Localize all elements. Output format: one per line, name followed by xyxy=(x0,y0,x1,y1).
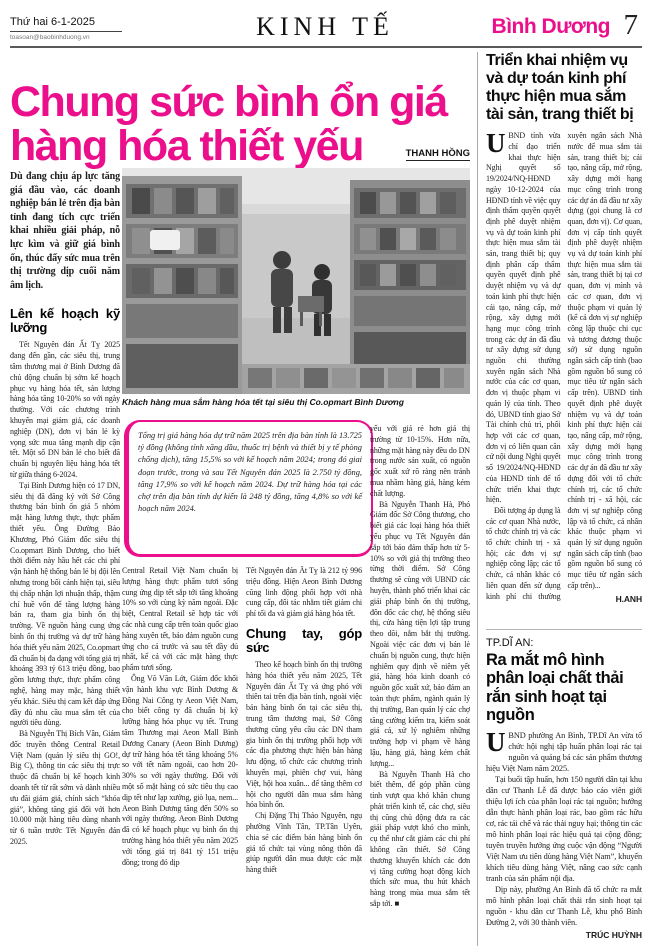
article-column-1: Dù đang chịu áp lực tăng giá đầu vào, cá… xyxy=(10,170,120,948)
body-paragraph: yếu với giá rẻ hơn giá thị trường từ 10-… xyxy=(370,424,470,500)
body-paragraph: Theo kế hoạch bình ổn thị trường hàng hó… xyxy=(246,660,362,811)
author-name: THANH HỒNG xyxy=(406,148,470,161)
article-column-4: yếu với giá rẻ hơn giá thị trường từ 10-… xyxy=(370,424,470,946)
sidebar-author: H.ANH xyxy=(568,594,643,605)
photo-caption: Khách hàng mua sắm hàng hóa tết tại siêu… xyxy=(122,397,470,407)
article-column-3: Tết Nguyên đán Ất Tỵ là 212 tỷ 996 triệu… xyxy=(246,566,362,946)
column-divider xyxy=(477,52,478,946)
sidebar-headline: Triển khai nhiệm vụ và dự toán kinh phí … xyxy=(486,52,642,124)
dian-author: TRÚC HUỲNH xyxy=(486,930,642,940)
page-number: 7 xyxy=(624,9,639,42)
body-paragraph: Tại Bình Dương hiện có 17 DN, siêu thị đ… xyxy=(10,481,120,729)
highlight-text: Tổng trị giá hàng hóa dự trữ năm 2025 tr… xyxy=(138,430,362,515)
body-paragraph: Tại buổi tập huấn, hơn 150 người dân tại… xyxy=(486,774,642,884)
body-paragraph: Chị Đặng Thị Thảo Nguyên, ngụ phường Vĩn… xyxy=(246,811,362,876)
body-paragraph: Tết Nguyên đán Ất Tỵ 2025 đang đến gần, … xyxy=(10,340,120,480)
sidebar-article-procurement: Triển khai nhiệm vụ và dự toán kinh phí … xyxy=(486,52,642,621)
lead-paragraph: Dù đang chịu áp lực tăng giá đầu vào, cá… xyxy=(10,170,120,292)
body-paragraph: UBND phường An Bình, TP.Dĩ An vừa tổ chứ… xyxy=(486,730,642,774)
main-byline: THANH HỒNG xyxy=(10,148,470,159)
article-column-2: Central Retail Việt Nam chuẩn bị lượng h… xyxy=(122,566,238,946)
body-paragraph: Central Retail Việt Nam chuẩn bị lượng h… xyxy=(122,566,238,674)
newspaper-page: Thứ hai 6-1-2025 toasoan@baobinhduong.vn… xyxy=(0,0,650,952)
body-paragraph: Tết Nguyên đán Ất Tỵ là 212 tỷ 996 triệu… xyxy=(246,566,362,620)
supermarket-photo xyxy=(122,168,470,394)
header-divider xyxy=(10,46,642,48)
sidebar-article-dian: TP.DĨ AN: Ra mắt mô hình phân loại chất … xyxy=(486,637,642,940)
body-paragraph: Bà Nguyễn Thanh Hà cho biết thêm, để góp… xyxy=(370,770,470,910)
body-paragraph: Bà Nguyễn Thanh Hà, Phó Giám đốc Sở Công… xyxy=(370,500,470,770)
body-paragraph: Bà Nguyễn Thị Bích Vân, Giám đốc truyền … xyxy=(10,729,120,848)
subsection-heading-1: Lên kế hoạch kỹ lưỡng xyxy=(10,307,120,335)
article-kicker: TP.DĨ AN: xyxy=(486,637,642,649)
body-paragraph: Dịp này, phường An Bình đã tổ chức ra mắ… xyxy=(486,884,642,928)
body-paragraph: Ông Võ Văn Lớt, Giám đốc khối vận hành k… xyxy=(122,674,238,868)
brand-logo: Bình Dương xyxy=(492,15,610,39)
subsection-heading-2: Chung tay, góp sức xyxy=(246,627,362,655)
sidebar-divider xyxy=(486,629,642,630)
highlight-box: Tổng trị giá hàng hóa dự trữ năm 2025 tr… xyxy=(124,420,373,557)
dian-headline: Ra mắt mô hình phân loại chất thải rắn s… xyxy=(486,651,642,724)
sidebar: Triển khai nhiệm vụ và dự toán kinh phí … xyxy=(486,52,642,948)
body-paragraph: UBND tỉnh vừa chỉ đạo triển khai thực hi… xyxy=(486,131,561,506)
article-photo-figure: Khách hàng mua sắm hàng hóa tết tại siêu… xyxy=(122,168,470,407)
dian-body: UBND phường An Bình, TP.Dĩ An vừa tổ chứ… xyxy=(486,730,642,928)
sidebar-body: UBND tỉnh vừa chỉ đạo triển khai thực hi… xyxy=(486,131,642,621)
